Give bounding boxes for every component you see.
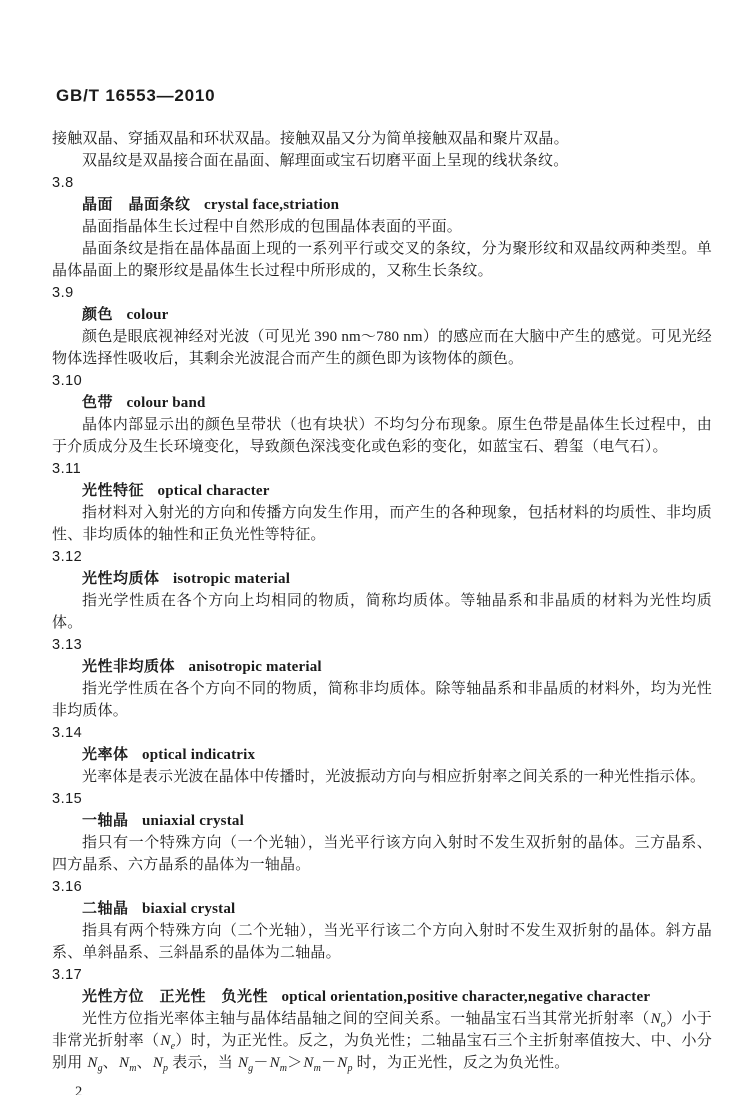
term-chinese: 光性均质体	[82, 570, 160, 587]
standard-number-header: GB/T 16553—2010	[56, 86, 712, 106]
term-heading: 晶面 晶面条纹crystal face,striation	[52, 194, 712, 216]
term-english: uniaxial crystal	[142, 813, 244, 829]
term-chinese: 晶面 晶面条纹	[82, 196, 191, 213]
section-number: 3.16	[52, 876, 712, 898]
term-chinese: 颜色	[82, 306, 113, 323]
refractive-index-variable: N	[650, 1011, 661, 1027]
term-section: 3.11光性特征optical character指材料对入射光的方向和传播方向…	[52, 458, 712, 546]
section-number: 3.17	[52, 964, 712, 986]
term-section: 3.15一轴晶uniaxial crystal指只有一个特殊方向（一个光轴），当…	[52, 788, 712, 876]
definition-paragraph: 晶面条纹是指在晶体晶面上现的一系列平行或交叉的条纹，分为聚形纹和双晶纹两种类型。…	[52, 238, 712, 282]
variable-subscript: g	[98, 1063, 103, 1074]
section-number: 3.11	[52, 458, 712, 480]
page-footer: 2	[52, 1083, 712, 1095]
term-chinese: 二轴晶	[82, 900, 129, 917]
term-chinese: 光性方位 正光性 负光性	[82, 988, 268, 1005]
section-number: 3.12	[52, 546, 712, 568]
term-heading: 光性非均质体anisotropic material	[52, 656, 712, 678]
section-number: 3.15	[52, 788, 712, 810]
term-heading: 光性均质体isotropic material	[52, 568, 712, 590]
document-page: GB/T 16553—2010 接触双晶、穿插双晶和环状双晶。接触双晶又分为简单…	[0, 0, 750, 1095]
refractive-index-variable: N	[86, 1055, 97, 1071]
term-chinese: 一轴晶	[82, 812, 129, 829]
refractive-index-variable: N	[152, 1055, 163, 1071]
variable-subscript: p	[347, 1063, 352, 1074]
term-chinese: 光性非均质体	[82, 658, 175, 675]
definition-paragraph: 指材料对入射光的方向和传播方向发生作用，而产生的各种现象，包括材料的均质性、非均…	[52, 502, 712, 546]
refractive-index-variable: N	[269, 1055, 280, 1071]
definition-paragraph: 晶体内部显示出的颜色呈带状（也有块状）不均匀分布现象。原生色带是晶体生长过程中，…	[52, 414, 712, 458]
term-section: 3.16二轴晶biaxial crystal指具有两个特殊方向（二个光轴），当光…	[52, 876, 712, 964]
refractive-index-variable: N	[302, 1055, 313, 1071]
term-heading: 颜色colour	[52, 304, 712, 326]
continuation-paragraph: 双晶纹是双晶接合面在晶面、解理面或宝石切磨平面上呈现的线状条纹。	[52, 150, 712, 172]
term-english: optical orientation,positive character,n…	[282, 989, 651, 1005]
term-heading: 一轴晶uniaxial crystal	[52, 810, 712, 832]
definition-paragraph: 光率体是表示光波在晶体中传播时，光波振动方向与相应折射率之间关系的一种光性指示体…	[52, 766, 712, 788]
section-number: 3.8	[52, 172, 712, 194]
refractive-index-variable: N	[159, 1033, 170, 1049]
term-chinese: 色带	[82, 394, 113, 411]
document-body: 接触双晶、穿插双晶和环状双晶。接触双晶又分为简单接触双晶和聚片双晶。 双晶纹是双…	[52, 128, 712, 1074]
term-english: colour	[127, 307, 169, 323]
variable-subscript: o	[661, 1019, 666, 1030]
section-number: 3.9	[52, 282, 712, 304]
term-heading: 色带colour band	[52, 392, 712, 414]
term-section: 3.9颜色colour颜色是眼底视神经对光波（可见光 390 nm～780 nm…	[52, 282, 712, 370]
definition-paragraph: 颜色是眼底视神经对光波（可见光 390 nm～780 nm）的感应而在大脑中产生…	[52, 326, 712, 370]
term-chinese: 光率体	[82, 746, 129, 763]
variable-subscript: m	[129, 1063, 136, 1074]
term-heading: 光性特征optical character	[52, 480, 712, 502]
section-number: 3.14	[52, 722, 712, 744]
term-english: crystal face,striation	[204, 197, 339, 213]
section-number: 3.10	[52, 370, 712, 392]
term-chinese: 光性特征	[82, 482, 144, 499]
term-section: 3.14光率体optical indicatrix光率体是表示光波在晶体中传播时…	[52, 722, 712, 788]
refractive-index-variable: N	[237, 1055, 248, 1071]
term-english: biaxial crystal	[142, 901, 235, 917]
term-heading: 光率体optical indicatrix	[52, 744, 712, 766]
term-english: optical character	[158, 483, 270, 499]
variable-subscript: m	[280, 1063, 287, 1074]
definition-paragraph: 光性方位指光率体主轴与晶体结晶轴之间的空间关系。一轴晶宝石当其常光折射率（No）…	[52, 1008, 712, 1074]
term-english: colour band	[127, 395, 206, 411]
terms-sections: 3.8晶面 晶面条纹crystal face,striation晶面指晶体生长过…	[52, 172, 712, 1074]
definition-paragraph: 指只有一个特殊方向（一个光轴），当光平行该方向入射时不发生双折射的晶体。三方晶系…	[52, 832, 712, 876]
variable-subscript: e	[171, 1041, 176, 1052]
variable-subscript: m	[314, 1063, 321, 1074]
term-heading: 光性方位 正光性 负光性optical orientation,positive…	[52, 986, 712, 1008]
page-number: 2	[75, 1084, 82, 1095]
term-section: 3.8晶面 晶面条纹crystal face,striation晶面指晶体生长过…	[52, 172, 712, 282]
continuation-paragraph: 接触双晶、穿插双晶和环状双晶。接触双晶又分为简单接触双晶和聚片双晶。	[52, 128, 712, 150]
term-english: optical indicatrix	[142, 747, 255, 763]
term-english: anisotropic material	[189, 659, 322, 675]
refractive-index-variable: N	[118, 1055, 129, 1071]
term-section: 3.12光性均质体isotropic material指光学性质在各个方向上均相…	[52, 546, 712, 634]
refractive-index-variable: N	[336, 1055, 347, 1071]
term-section: 3.17光性方位 正光性 负光性optical orientation,posi…	[52, 964, 712, 1074]
definition-paragraph: 指光学性质在各个方向上均相同的物质，简称均质体。等轴晶系和非晶质的材料为光性均质…	[52, 590, 712, 634]
variable-subscript: p	[163, 1063, 168, 1074]
term-section: 3.10色带colour band晶体内部显示出的颜色呈带状（也有块状）不均匀分…	[52, 370, 712, 458]
term-section: 3.13光性非均质体anisotropic material指光学性质在各个方向…	[52, 634, 712, 722]
definition-paragraph: 指具有两个特殊方向（二个光轴），当光平行该二个方向入射时不发生双折射的晶体。斜方…	[52, 920, 712, 964]
section-number: 3.13	[52, 634, 712, 656]
definition-paragraph: 晶面指晶体生长过程中自然形成的包围晶体表面的平面。	[52, 216, 712, 238]
definition-paragraph: 指光学性质在各个方向不同的物质，简称非均质体。除等轴晶系和非晶质的材料外，均为光…	[52, 678, 712, 722]
variable-subscript: g	[248, 1063, 253, 1074]
term-heading: 二轴晶biaxial crystal	[52, 898, 712, 920]
term-english: isotropic material	[173, 571, 290, 587]
